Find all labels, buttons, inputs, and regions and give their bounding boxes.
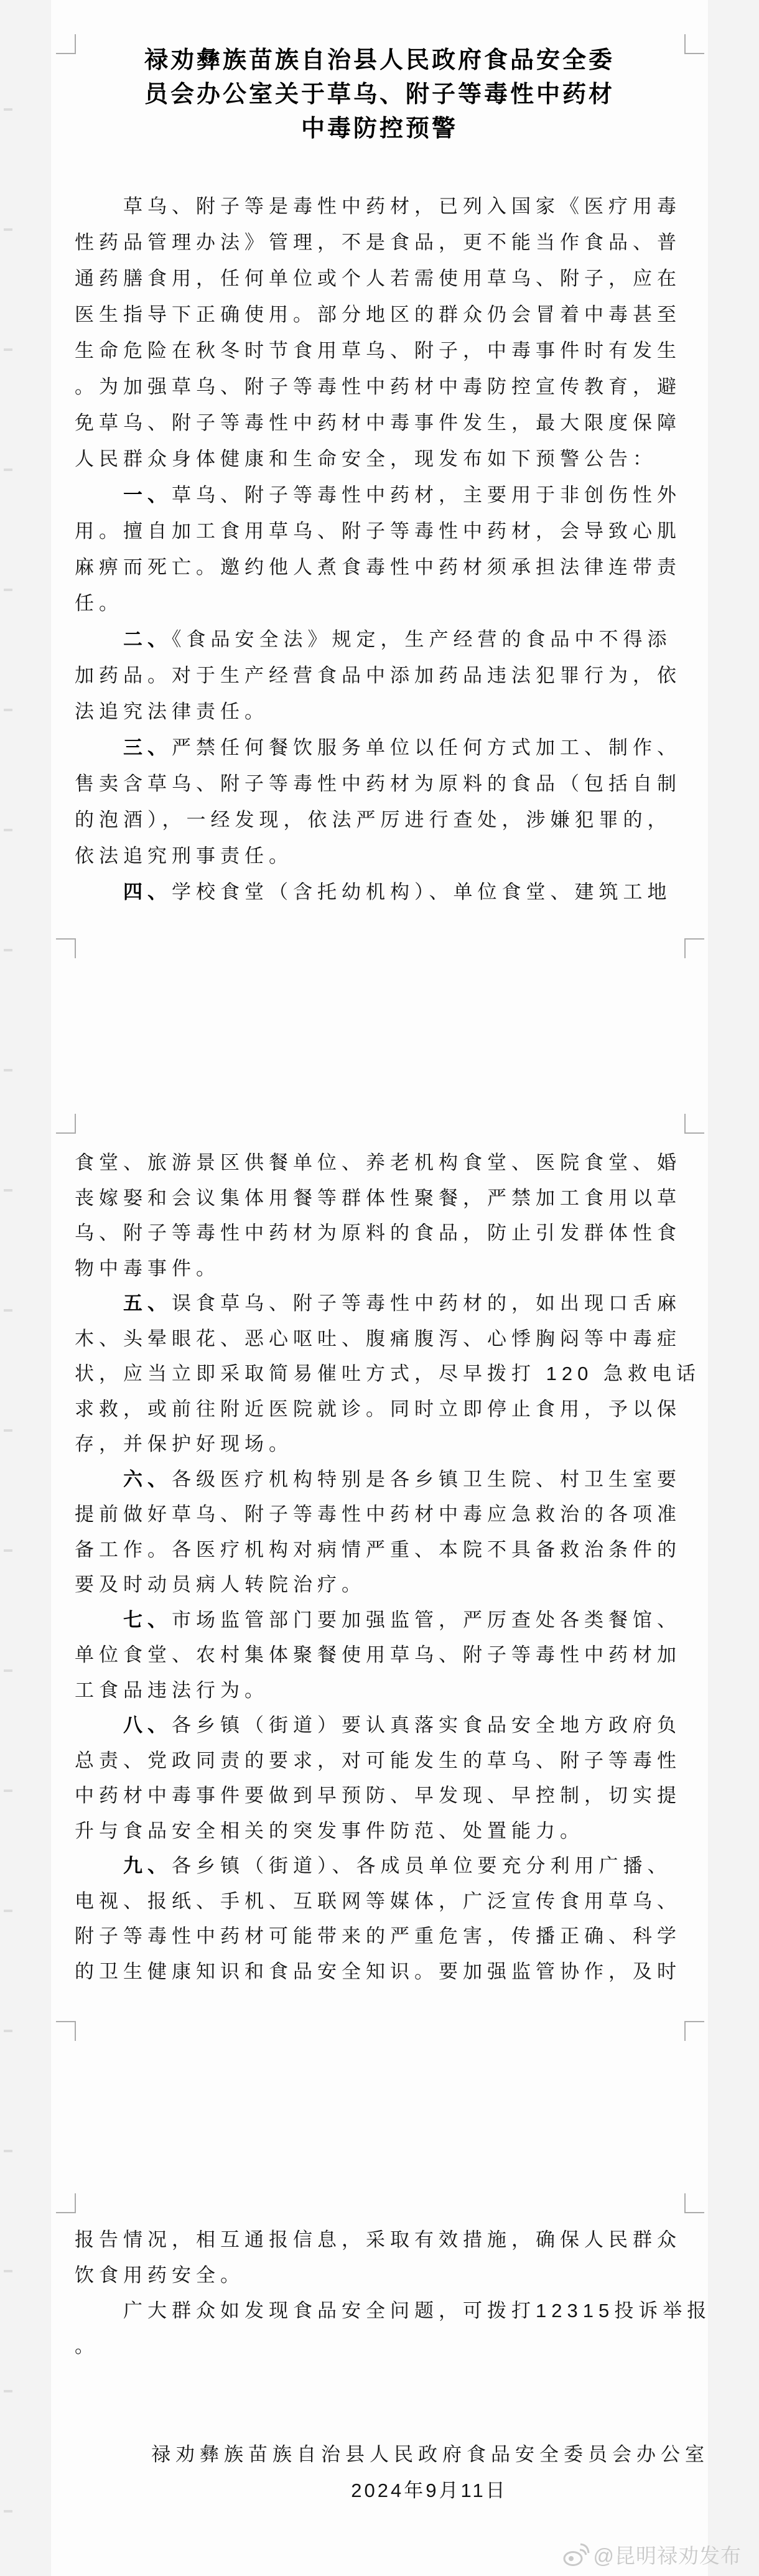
text-line: 备工作。各医疗机构对病情严重、本院不具备救治条件的 bbox=[75, 1533, 703, 1568]
page1-body: 草乌、附子等是毒性中药材，已列入国家《医疗用毒性药品管理办法》管理，不是食品，更… bbox=[75, 189, 703, 910]
text-line: 单位食堂、农村集体聚餐使用草乌、附子等毒性中药材加 bbox=[75, 1638, 703, 1673]
text-line: 九、各乡镇（街道）、各成员单位要充分利用广播、 bbox=[75, 1849, 703, 1884]
text-line: 总责、党政同责的要求，对可能发生的草乌、附子等毒性 bbox=[75, 1743, 703, 1779]
text-line: 工食品违法行为。 bbox=[75, 1673, 703, 1709]
text-line: 丧嫁娶和会议集体用餐等群体性聚餐，严禁加工食用以草 bbox=[75, 1181, 703, 1216]
text-line: 用。擅自加工食用草乌、附子等毒性中药材，会导致心肌 bbox=[75, 513, 703, 549]
page2-crop-mark-top-right bbox=[684, 1114, 704, 1134]
text-line: 中药材中毒事件要做到早预防、早发现、早控制，切实提 bbox=[75, 1778, 703, 1814]
text-line: 三、严禁任何餐饮服务单位以任何方式加工、制作、 bbox=[75, 730, 703, 766]
page2-crop-mark-bottom-left bbox=[56, 2021, 76, 2041]
page2-body: 食堂、旅游景区供餐单位、养老机构食堂、医院食堂、婚丧嫁娶和会议集体用餐等群体性聚… bbox=[75, 1146, 703, 1989]
text-line: 七、市场监管部门要加强监管，严厉查处各类餐馆、 bbox=[75, 1603, 703, 1638]
document-date: 2024年9月11日 bbox=[149, 2473, 709, 2509]
text-line: 五、误食草乌、附子等毒性中药材的，如出现口舌麻 bbox=[75, 1286, 703, 1322]
text-line: 生命危险在秋冬时节食用草乌、附子，中毒事件时有发生 bbox=[75, 333, 703, 369]
text-line: 状，应当立即采取简易催吐方式，尽早拨打 120 急救电话 bbox=[75, 1356, 703, 1392]
text-line: 报告情况，相互通报信息，采取有效措施，确保人民群众 bbox=[75, 2222, 703, 2257]
text-line: 八、各乡镇（街道）要认真落实食品安全地方政府负 bbox=[75, 1708, 703, 1743]
text-line: 。为加强草乌、附子等毒性中药材中毒防控宣传教育，避 bbox=[75, 369, 703, 405]
text-line: 升与食品安全相关的突发事件防范、处置能力。 bbox=[75, 1814, 703, 1849]
text-line: 六、各级医疗机构特别是各乡镇卫生院、村卫生室要 bbox=[75, 1462, 703, 1498]
text-line: 一、草乌、附子等毒性中药材，主要用于非创伤性外 bbox=[75, 477, 703, 513]
text-line: 的卫生健康知识和食品安全知识。要加强监管协作，及时 bbox=[75, 1954, 703, 1990]
document-viewer: 禄劝彝族苗族自治县人民政府食品安全委员会办公室关于草乌、附子等毒性中药材中毒防控… bbox=[0, 0, 759, 2576]
title-line: 中毒防控预警 bbox=[75, 112, 684, 146]
text-line: 存，并保护好现场。 bbox=[75, 1427, 703, 1462]
text-line: 法追究法律责任。 bbox=[75, 694, 703, 730]
page2-crop-mark-bottom-right bbox=[684, 2021, 704, 2041]
text-line: 依法追究刑事责任。 bbox=[75, 838, 703, 874]
text-line: 乌、附子等毒性中药材为原料的食品，防止引发群体性食 bbox=[75, 1216, 703, 1251]
page3-crop-mark-top-right bbox=[684, 2193, 704, 2213]
left-edge-tick-marks bbox=[4, 0, 12, 2576]
weibo-handle: @昆明禄劝发布 bbox=[594, 2540, 742, 2569]
text-line: 物中毒事件。 bbox=[75, 1251, 703, 1287]
page2-crop-mark-top-left bbox=[56, 1114, 76, 1134]
page-right-margin bbox=[708, 0, 759, 2576]
page1-crop-mark-top-left bbox=[56, 34, 76, 54]
text-line: 二、《食品安全法》规定，生产经营的食品中不得添 bbox=[75, 622, 703, 658]
text-line: 草乌、附子等是毒性中药材，已列入国家《医疗用毒 bbox=[75, 189, 703, 225]
text-line: 木、头晕眼花、恶心呕吐、腹痛腹泻、心悸胸闷等中毒症 bbox=[75, 1322, 703, 1357]
text-line: 要及时动员病人转院治疗。 bbox=[75, 1567, 703, 1603]
text-line: 食堂、旅游景区供餐单位、养老机构食堂、医院食堂、婚 bbox=[75, 1146, 703, 1181]
text-line: 电视、报纸、手机、互联网等媒体，广泛宣传食用草乌、 bbox=[75, 1884, 703, 1920]
text-line: 任。 bbox=[75, 586, 703, 622]
page3-body: 报告情况，相互通报信息，采取有效措施，确保人民群众饮食用药安全。广大群众如发现食… bbox=[75, 2222, 703, 2364]
text-line: 求救，或前往附近医院就诊。同时立即停止食用，予以保 bbox=[75, 1392, 703, 1427]
text-line: 附子等毒性中药材可能带来的严重危害，传播正确、科学 bbox=[75, 1919, 703, 1954]
text-line: 提前做好草乌、附子等毒性中药材中毒应急救治的各项准 bbox=[75, 1497, 703, 1533]
text-line: 医生指导下正确使用。部分地区的群众仍会冒着中毒甚至 bbox=[75, 297, 703, 333]
issuer-signature: 禄劝彝族苗族自治县人民政府食品安全委员会办公室 bbox=[151, 2437, 709, 2473]
text-line: 人民群众身体健康和生命安全，现发布如下预警公告： bbox=[75, 441, 703, 477]
text-line: 广大群众如发现食品安全问题，可拨打12315投诉举报 bbox=[75, 2293, 703, 2328]
title-line: 禄劝彝族苗族自治县人民政府食品安全委 bbox=[75, 44, 684, 78]
text-line: 饮食用药安全。 bbox=[75, 2257, 703, 2293]
text-line: 的泡酒），一经发现，依法严厉进行查处，涉嫌犯罪的， bbox=[75, 802, 703, 838]
page3-crop-mark-top-left bbox=[56, 2193, 76, 2213]
document-title: 禄劝彝族苗族自治县人民政府食品安全委员会办公室关于草乌、附子等毒性中药材中毒防控… bbox=[75, 44, 684, 146]
text-line: 。 bbox=[75, 2328, 703, 2364]
weibo-icon bbox=[561, 2542, 590, 2567]
text-line: 性药品管理办法》管理，不是食品，更不能当作食品、普 bbox=[75, 225, 703, 261]
page1-crop-mark-bottom-right bbox=[684, 938, 704, 958]
page1-crop-mark-bottom-left bbox=[56, 938, 76, 958]
page1-crop-mark-top-right bbox=[684, 34, 704, 54]
title-line: 员会办公室关于草乌、附子等毒性中药材 bbox=[75, 78, 684, 112]
text-line: 四、学校食堂（含托幼机构）、单位食堂、建筑工地 bbox=[75, 874, 703, 910]
text-line: 加药品。对于生产经营食品中添加药品违法犯罪行为，依 bbox=[75, 658, 703, 694]
weibo-watermark: @昆明禄劝发布 bbox=[561, 2540, 742, 2569]
text-line: 免草乌、附子等毒性中药材中毒事件发生，最大限度保障 bbox=[75, 405, 703, 441]
text-line: 通药膳食用，任何单位或个人若需使用草乌、附子，应在 bbox=[75, 261, 703, 297]
text-line: 麻痹而死亡。邀约他人煮食毒性中药材须承担法律连带责 bbox=[75, 549, 703, 586]
text-line: 售卖含草乌、附子等毒性中药材为原料的食品（包括自制 bbox=[75, 766, 703, 802]
